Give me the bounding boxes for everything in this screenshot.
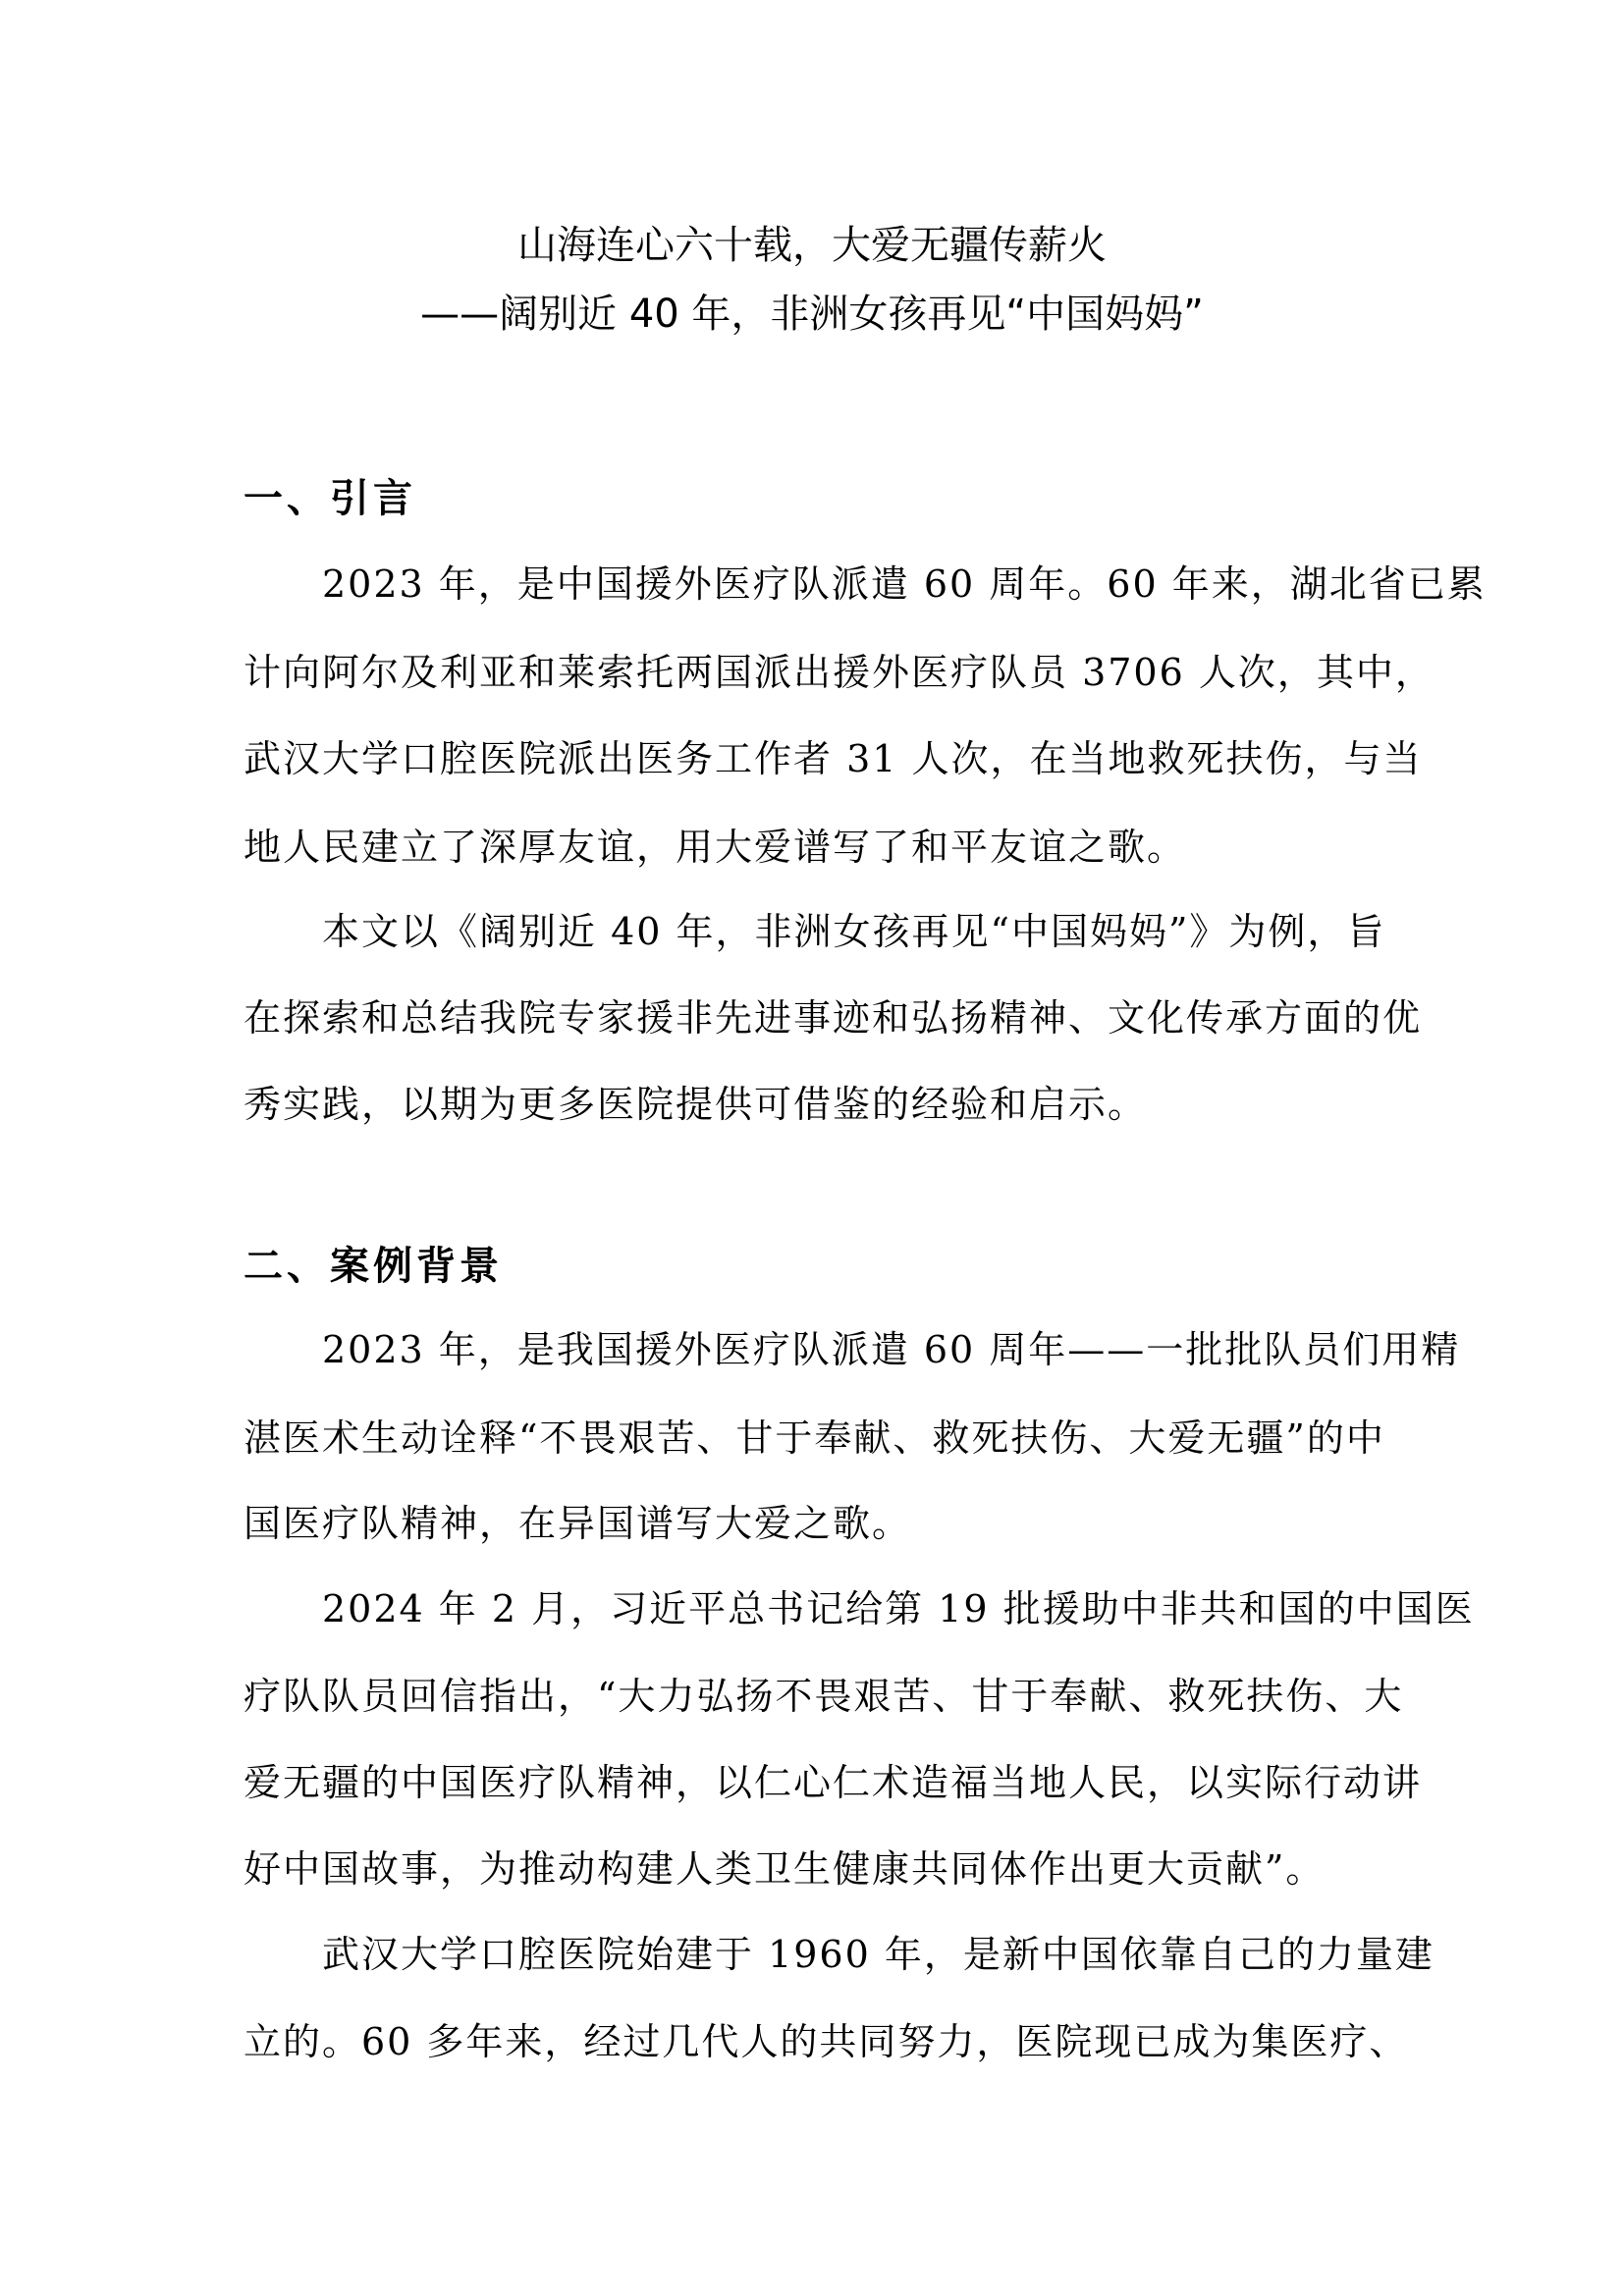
text-line: 湛医术生动诠释“不畏艰苦、甘于奉献、救死扶伤、大爱无疆”的中: [244, 1414, 1390, 1463]
text-line: 计向阿尔及利亚和莱索托两国派出援外医疗队员 3706 人次，其中，: [244, 648, 1390, 697]
text-line: 立的。60 多年来，经过几代人的共同努力，医院现已成为集医疗、: [244, 2017, 1390, 2066]
text-line: 国医疗队精神，在异国谱写大爱之歌。: [244, 1499, 1390, 1548]
document-title: 山海连心六十载，大爱无疆传薪火: [0, 221, 1624, 270]
text-line: 2024 年 2 月，习近平总书记给第 19 批援助中非共和国的中国医: [322, 1584, 1390, 1633]
section-heading-case-background: 二、案例背景: [244, 1242, 503, 1291]
text-line: 本文以《阔别近 40 年，非洲女孩再见“中国妈妈”》为例，旨: [322, 907, 1390, 956]
document-subtitle: ——阔别近 40 年，非洲女孩再见“中国妈妈”: [0, 290, 1624, 339]
text-line: 在探索和总结我院专家援非先进事迹和弘扬精神、文化传承方面的优: [244, 993, 1390, 1042]
text-line: 武汉大学口腔医院派出医务工作者 31 人次，在当地救死扶伤，与当: [244, 734, 1390, 783]
text-line: 疗队队员回信指出，“大力弘扬不畏艰苦、甘于奉献、救死扶伤、大: [244, 1672, 1390, 1721]
text-line: 地人民建立了深厚友谊，用大爱谱写了和平友谊之歌。: [244, 823, 1390, 872]
text-line: 好中国故事，为推动构建人类卫生健康共同体作出更大贡献”。: [244, 1844, 1390, 1894]
text-line: 武汉大学口腔医院始建于 1960 年，是新中国依靠自己的力量建: [322, 1930, 1390, 1979]
document-page: 山海连心六十载，大爱无疆传薪火 ——阔别近 40 年，非洲女孩再见“中国妈妈” …: [0, 0, 1624, 2296]
text-line: 秀实践，以期为更多医院提供可借鉴的经验和启示。: [244, 1080, 1390, 1129]
text-line: 爱无疆的中国医疗队精神，以仁心仁术造福当地人民，以实际行动讲: [244, 1758, 1390, 1807]
section-heading-introduction: 一、引言: [244, 474, 416, 523]
text-line: 2023 年，是我国援外医疗队派遣 60 周年——一批批队员们用精: [322, 1325, 1390, 1374]
text-line: 2023 年，是中国援外医疗队派遣 60 周年。60 年来，湖北省已累: [322, 560, 1390, 609]
